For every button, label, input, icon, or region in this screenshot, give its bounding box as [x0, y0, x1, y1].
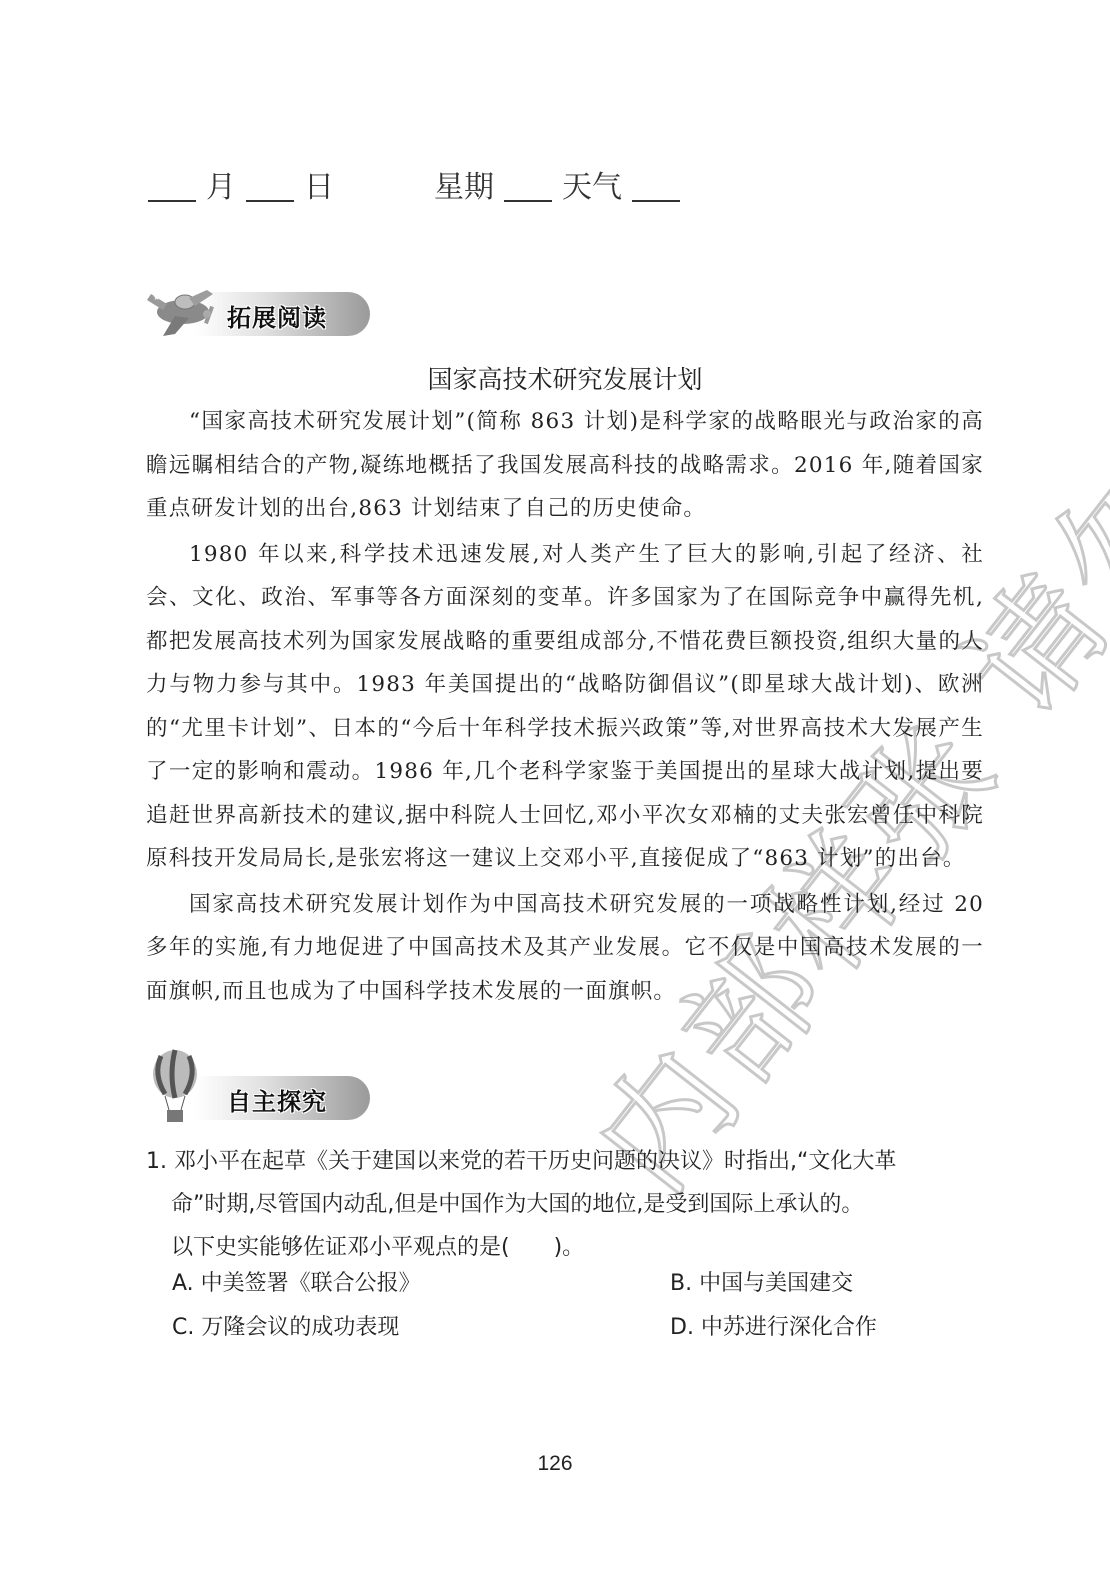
weather-blank[interactable]	[632, 170, 680, 202]
article-paragraph-3: 国家高技术研究发展计划作为中国高技术研究发展的一项战略性计划,经过 20 多年的…	[146, 883, 984, 1014]
airplane-icon: ★	[145, 280, 225, 340]
option-b[interactable]: B. 中国与美国建交	[670, 1262, 970, 1306]
article-paragraph-2: 1980 年以来,科学技术迅速发展,对人类产生了巨大的影响,引起了经济、社会、文…	[146, 533, 984, 881]
page-number: 126	[0, 1452, 1110, 1476]
date-weather-line: 月 日 星期 天气	[148, 162, 690, 206]
option-c[interactable]: C. 万隆会议的成功表现	[172, 1306, 670, 1350]
svg-text:★: ★	[153, 293, 160, 302]
weather-label: 天气	[562, 162, 622, 206]
banner-label-inquiry: 自主探究	[227, 1082, 327, 1117]
article-paragraph-1: “国家高技术研究发展计划”(简称 863 计划)是科学家的战略眼光与政治家的高瞻…	[146, 400, 984, 531]
weekday-blank[interactable]	[504, 170, 552, 202]
section-banner-inquiry: 自主探究	[145, 1058, 370, 1118]
day-blank[interactable]	[246, 170, 294, 202]
question-1: 1. 邓小平在起草《关于建国以来党的若干历史问题的决议》时指出,“文化大革 命”…	[146, 1140, 986, 1269]
month-label: 月	[206, 162, 236, 206]
banner-label-reading: 拓展阅读	[227, 298, 327, 333]
article-title: 国家高技术研究发展计划	[0, 360, 1110, 396]
question-line: 1. 邓小平在起草《关于建国以来党的若干历史问题的决议》时指出,“文化大革	[146, 1140, 986, 1183]
weekday-label: 星期	[434, 162, 494, 206]
question-line: 命”时期,尽管国内动乱,但是中国作为大国的地位,是受到国际上承认的。	[146, 1183, 986, 1226]
option-a[interactable]: A. 中美签署《联合公报》	[172, 1262, 670, 1306]
section-banner-reading: ★ 拓展阅读	[145, 280, 370, 340]
option-d[interactable]: D. 中苏进行深化合作	[670, 1306, 970, 1350]
day-label: 日	[304, 162, 334, 206]
month-blank[interactable]	[148, 170, 196, 202]
hot-air-balloon-icon	[147, 1048, 207, 1128]
article-body: “国家高技术研究发展计划”(简称 863 计划)是科学家的战略眼光与政治家的高瞻…	[146, 400, 984, 1013]
answer-options: A. 中美签署《联合公报》 B. 中国与美国建交 C. 万隆会议的成功表现 D.…	[172, 1262, 932, 1350]
